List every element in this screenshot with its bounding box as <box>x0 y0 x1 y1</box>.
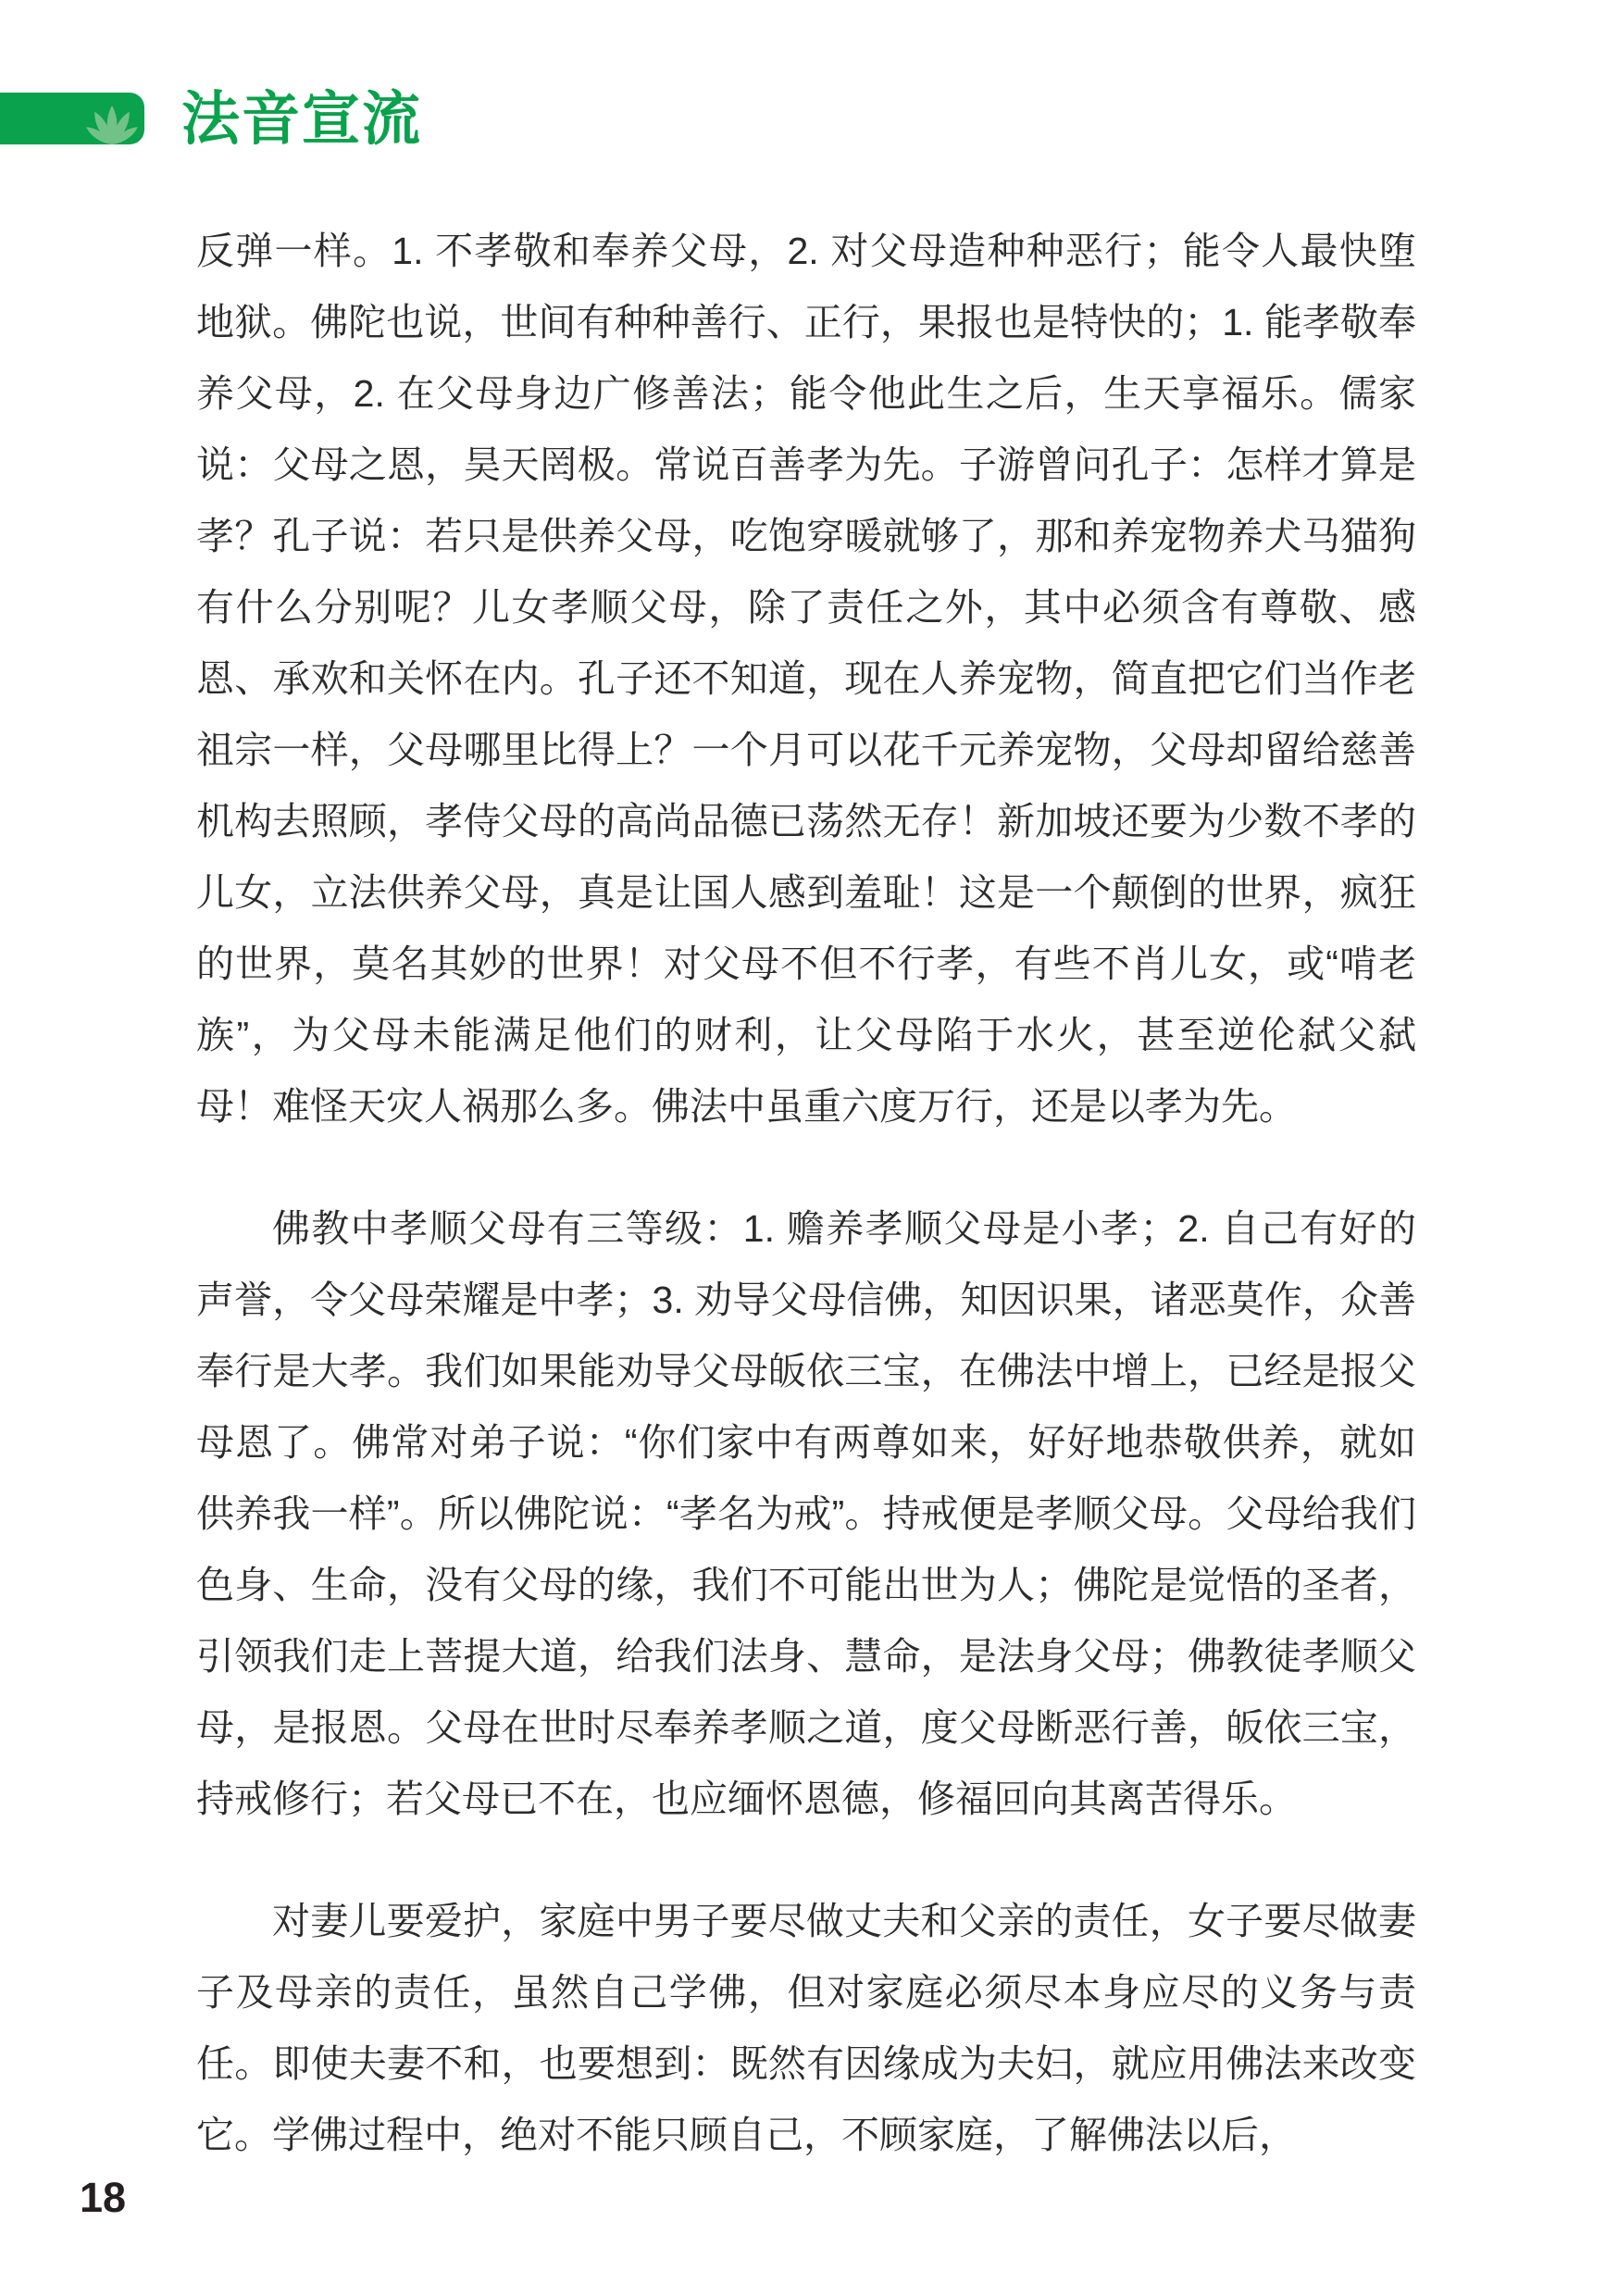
paragraph: 对妻儿要爱护，家庭中男子要尽做丈夫和父亲的责任，女子要尽做妻子及母亲的责任，虽然… <box>196 1886 1416 2171</box>
article-body: 反弹一样。1. 不孝敬和奉养父母，2. 对父母造种种恶行；能令人最快堕地狱。佛陀… <box>196 216 1416 2171</box>
header-logo-bar <box>0 93 144 144</box>
paragraph: 反弹一样。1. 不孝敬和奉养父母，2. 对父母造种种恶行；能令人最快堕地狱。佛陀… <box>196 216 1416 1142</box>
paragraph: 佛教中孝顺父母有三等级：1. 赡养孝顺父母是小孝；2. 自己有好的声誉，令父母荣… <box>196 1193 1416 1835</box>
lotus-icon <box>81 100 143 144</box>
page-number: 18 <box>80 2174 126 2222</box>
publication-title: 法音宣流 <box>181 87 422 152</box>
magazine-page: 法音宣流 反弹一样。1. 不孝敬和奉养父母，2. 对父母造种种恶行；能令人最快堕… <box>0 0 1618 2296</box>
